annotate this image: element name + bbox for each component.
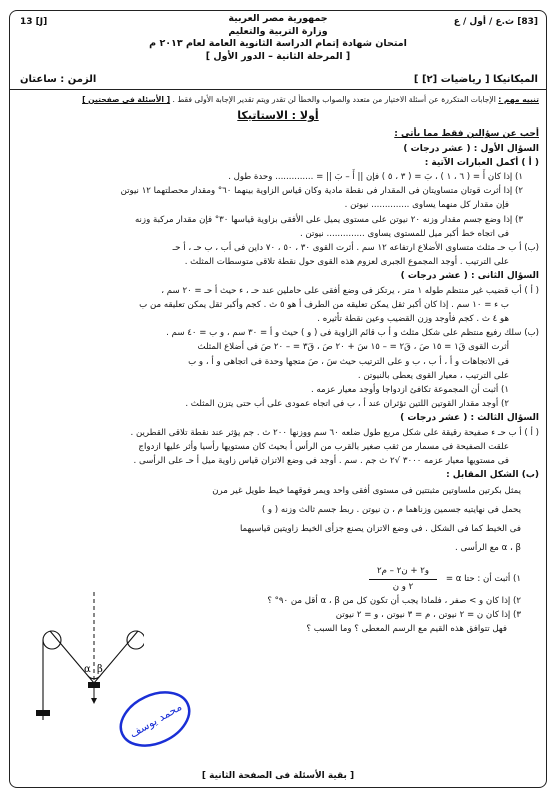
q2-title: السؤال الثانى : ( عشر درجات ) [17,269,539,283]
formula-denominator: ٢ و ن [369,580,437,594]
q2-a-cont2: هو ٤ ث . كجم فأوجد وزن القضيب وعين نقطة … [17,312,539,326]
q2-b: (ب) سلك رفيع منتظم على شكل مثلث و أ ب قا… [17,326,539,340]
notice-text: الإجابات المتكررة عن أسئلة الاختيار من م… [173,95,496,104]
q1-a2: ٢) إذا أثرت قوتان متساويتان فى المقدار ف… [17,184,539,198]
subject-label: الميكانيكا [ رياضيات [٢] ] [414,74,538,85]
q1-a-title: ( أ ) أكمل العبارات الآتية : [17,156,539,170]
svg-text:α: α [84,664,91,675]
q3-b-l1: يمثل بكرتين ملساوتين مثبتتين فى مستوى أف… [161,482,521,501]
country-title: جمهورية مصر العربية [10,13,546,26]
q3-b-title: (ب) الشكل المقابل : [17,468,539,482]
q2-b-cont2: فى الاتجاهات و أ ، أ ب ، ب و على الترتيب… [17,355,539,369]
q3-b1-prefix: ١) أثبت أن : حتا α = [446,575,521,585]
q3-a-cont1: علقت الصفيحة فى مسمار من ثقب صغير بالقرب… [17,440,539,454]
exam-body: تنبيه مهم : الإجابات المتكررة عن أسئلة ا… [10,90,546,637]
time-label: الزمن : ساعتان [20,74,96,85]
header-titles: جمهورية مصر العربية وزارة التربية والتعل… [10,13,546,63]
q1-b: (ب) أ ب حـ مثلث متساوى الأضلاع ارتفاعه ١… [17,241,539,255]
exam-title: امتحان شهادة إتمام الدراسة الثانوية العا… [10,38,546,51]
q1-a3: ٣) إذا وضع جسم مقدار وزنه ٢٠ نيوتن على م… [17,213,539,227]
notice-label: تنبيه مهم : [498,95,539,104]
svg-text:β: β [97,664,103,675]
exam-header: [83] ث.ع / أول / ع 13 [J] جمهورية مصر ال… [10,11,546,90]
exam-phase: [ المرحلة الثانية – الدور الأول ] [10,51,546,64]
q3-b-l3: فى الخيط كما فى الشكل . فى وضع الاتزان ي… [161,520,521,539]
q1-a2-cont: فإن مقدار كل منهما يساوى .............. … [17,198,539,212]
q2-b1: ١) أثبت أن المجموعة تكافئ ازدواجا وأوجد … [17,383,539,397]
signature-stamp: محمد يوسف [115,690,195,748]
notice-pages: [ الأسئلة فى صفحتين ] [82,95,170,104]
q3-b-text: يمثل بكرتين ملساوتين مثبتتين فى مستوى أف… [161,482,539,558]
q3-b-l4: α ، β مع الرأسى . [161,539,521,558]
formula-numerator: و٢ + ن٢ – م٢ [369,564,437,579]
q2-a-cont1: ب ء = ١٠ سم . إذا كان أكبر ثقل يمكن تعلي… [17,298,539,312]
q2-a: ( أ ) أب قضيب غير منتظم طوله ١ متر ، يرت… [17,284,539,298]
ministry-title: وزارة التربية والتعليم [10,26,546,39]
cos-formula: و٢ + ن٢ – م٢ ٢ و ن [369,564,437,593]
q3-title: السؤال الثالث : ( عشر درجات ) [17,411,539,425]
q1-title: السؤال الأول : ( عشر درجات ) [17,142,539,156]
q2-b-cont1: أثرت القوى قَ١ = ١٥ صَ ، قَ٢ = – ١٥ سَ +… [17,340,539,354]
q1-b-cont: على الترتيب . أوجد المجموع الجبرى لعزوم … [17,255,539,269]
notice: تنبيه مهم : الإجابات المتكررة عن أسئلة ا… [17,93,539,107]
footer-note: [ بقية الأسئلة فى الصفحة الثانية ] [10,771,546,781]
q1-a3-cont: فى اتجاه خط أكبر ميل للمستوى يساوى .....… [17,227,539,241]
q2-b-cont3: على الترتيب ، معيار القوى يعطى بالنيوتن … [17,369,539,383]
instruction: أجب عن سؤالين فقط مما يأتى : [17,127,539,141]
q2-b2: ٢) أوجد مقدار القوتين اللتين تؤثران عند … [17,397,539,411]
q3-a-cont2: فى مستويها معيار عزمه ٣٠٠٠ √٢ ث جم . سم … [17,454,539,468]
q3-a: ( أ ) أ ب حـ ء صفيحة رقيقة على شكل مربع … [17,426,539,440]
q1-a1: ١) إذا كان أَ = ( ٦ ، ١ ) ، بَ = ( ٣ ، ٥… [17,170,539,184]
section-title: أولا : الاستاتيكا [17,109,539,123]
q3-b-l2: يحمل فى نهايتيه جسمين وزناهما م ، ن نيوت… [161,501,521,520]
